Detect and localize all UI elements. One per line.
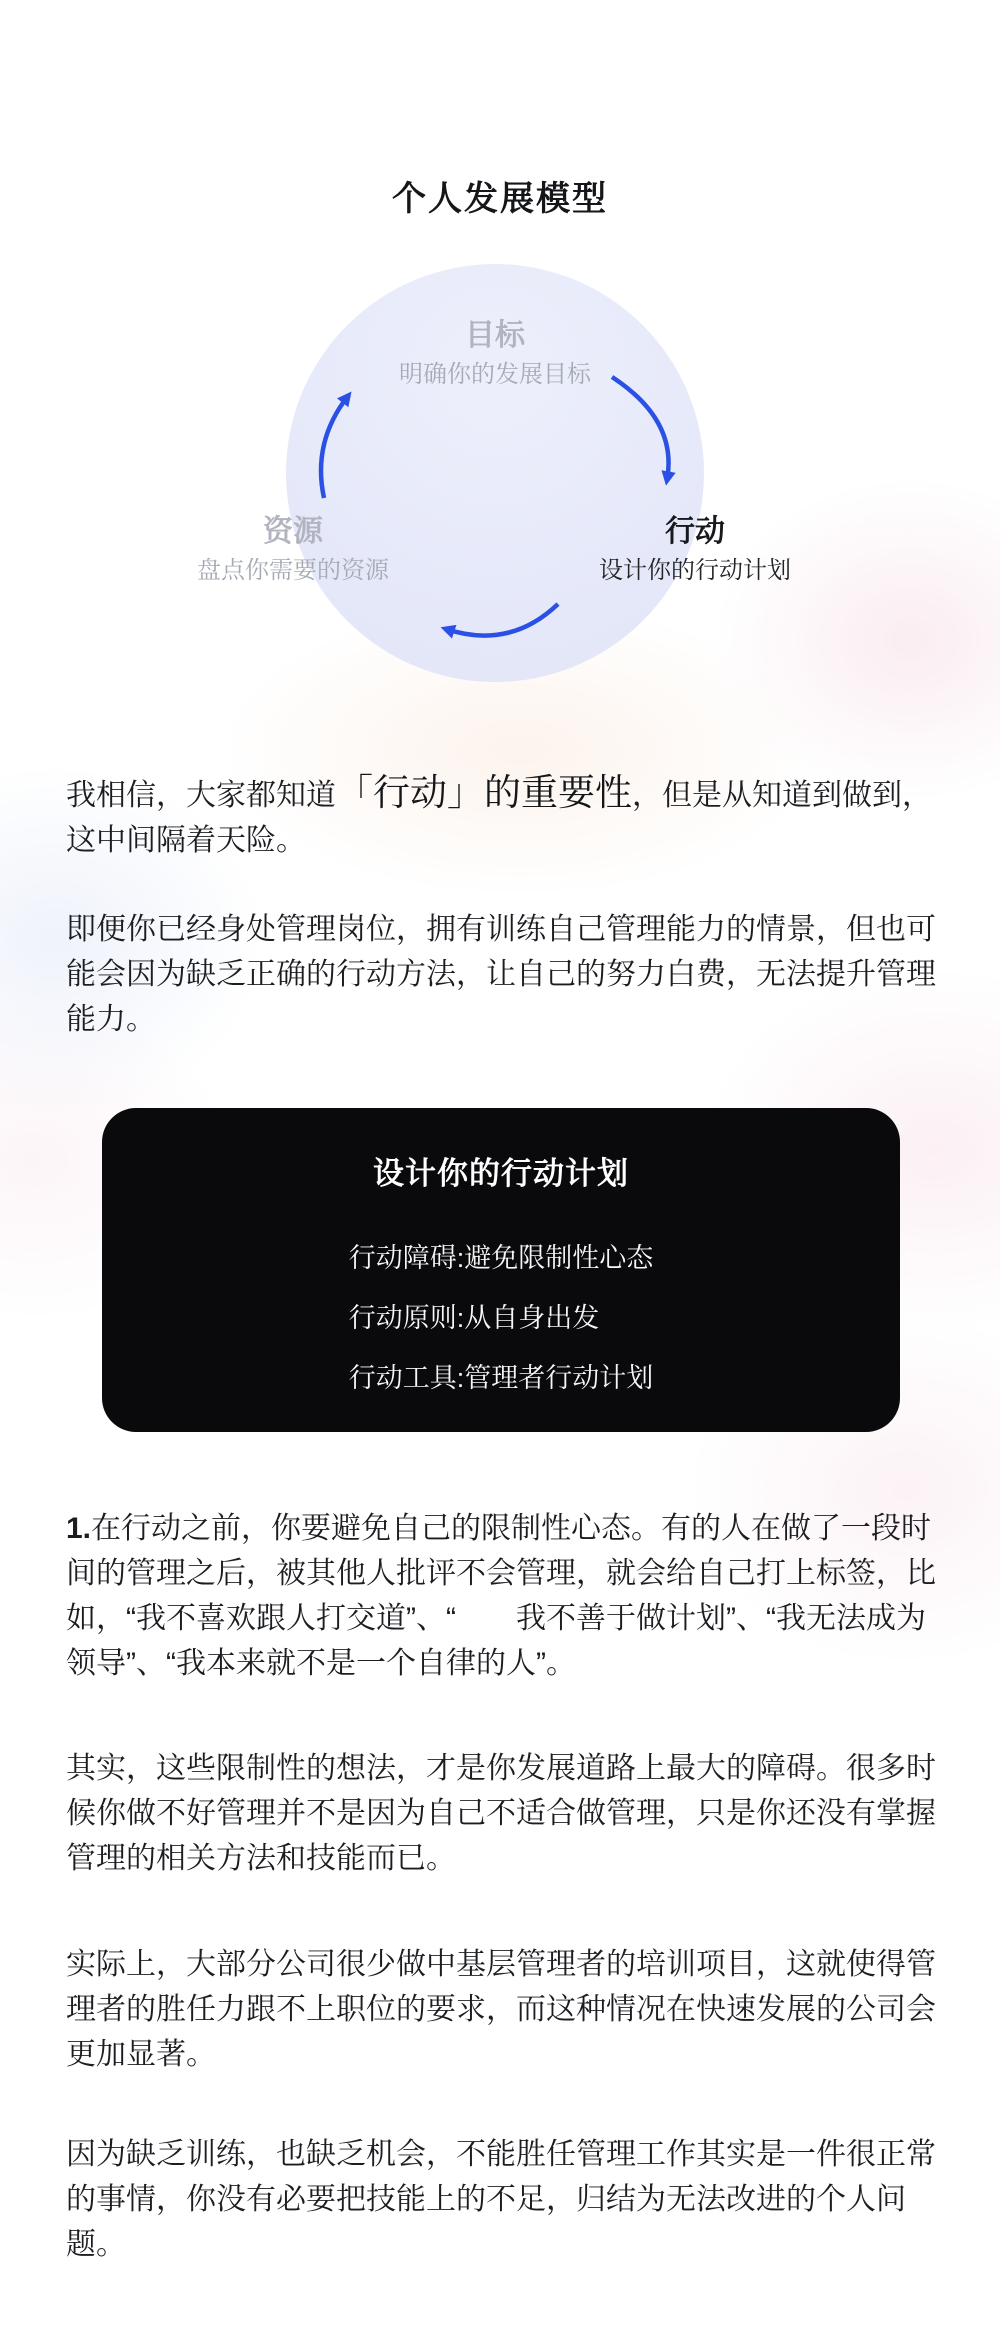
paragraph: 其实，这些限制性的想法，才是你发展道路上最大的障碍。很多时候你做不好管理并不是因… (66, 1746, 938, 1881)
text-segment: 我相信，大家都知道 (66, 779, 336, 812)
card-item: 行动障碍:避免限制性心态 (349, 1228, 654, 1288)
node-resource-desc: 盘点你需要的资源 (197, 558, 389, 584)
node-resource-label: 资源 (197, 516, 389, 548)
text-segment: 其实，这些限制性的想法，才是你发展道路上最大的障碍。很多时候你做不好管理并不是因… (66, 1752, 936, 1875)
node-goal-label: 目标 (399, 320, 591, 352)
paragraph: 因为缺乏训练，也缺乏机会，不能胜任管理工作其实是一件很正常的事情，你没有必要把技… (66, 2132, 938, 2267)
node-resource: 资源 盘点你需要的资源 (197, 516, 389, 584)
action-plan-card-title: 设计你的行动计划 (102, 1156, 900, 1192)
text-segment: 即便你已经身处管理岗位，拥有训练自己管理能力的情景，但也可能会因为缺乏正确的行动… (66, 913, 936, 1036)
development-cycle-diagram: 目标 明确你的发展目标 行动 设计你的行动计划 资源 盘点你需要的资源 (0, 0, 1000, 720)
card-item: 行动工具:管理者行动计划 (349, 1348, 654, 1408)
text-segment: 1. (66, 1512, 91, 1545)
node-goal-desc: 明确你的发展目标 (399, 362, 591, 388)
paragraph: 我相信，大家都知道「行动」的重要性，但是从知道到做到，这中间隔着天险。 (66, 770, 938, 863)
action-plan-card: 设计你的行动计划 行动障碍:避免限制性心态行动原则:从自身出发行动工具:管理者行… (102, 1108, 900, 1432)
action-plan-card-items: 行动障碍:避免限制性心态行动原则:从自身出发行动工具:管理者行动计划 (349, 1228, 654, 1408)
arrow-action-to-resource-icon (446, 604, 558, 636)
arrow-resource-to-goal-icon (321, 396, 348, 498)
node-goal: 目标 明确你的发展目标 (399, 320, 591, 388)
paragraph: 1.在行动之前，你要避免自己的限制性心态。有的人在做了一段时间的管理之后，被其他… (66, 1506, 938, 1686)
node-action: 行动 设计你的行动计划 (599, 516, 791, 584)
text-segment: 在行动之前，你要避免自己的限制性心态。有的人在做了一段时间的管理之后，被其他人批… (66, 1512, 936, 1680)
text-segment: 因为缺乏训练，也缺乏机会，不能胜任管理工作其实是一件很正常的事情，你没有必要把技… (66, 2138, 936, 2261)
node-action-desc: 设计你的行动计划 (599, 558, 791, 584)
text-segment: 「行动」的重要性 (336, 772, 632, 813)
paragraph: 实际上，大部分公司很少做中基层管理者的培训项目，这就使得管理者的胜任力跟不上职位… (66, 1942, 938, 2077)
node-action-label: 行动 (599, 516, 791, 548)
arrow-goal-to-action-icon (612, 377, 669, 480)
card-item: 行动原则:从自身出发 (349, 1288, 654, 1348)
text-segment: 实际上，大部分公司很少做中基层管理者的培训项目，这就使得管理者的胜任力跟不上职位… (66, 1948, 936, 2071)
paragraph: 即便你已经身处管理岗位，拥有训练自己管理能力的情景，但也可能会因为缺乏正确的行动… (66, 907, 938, 1042)
